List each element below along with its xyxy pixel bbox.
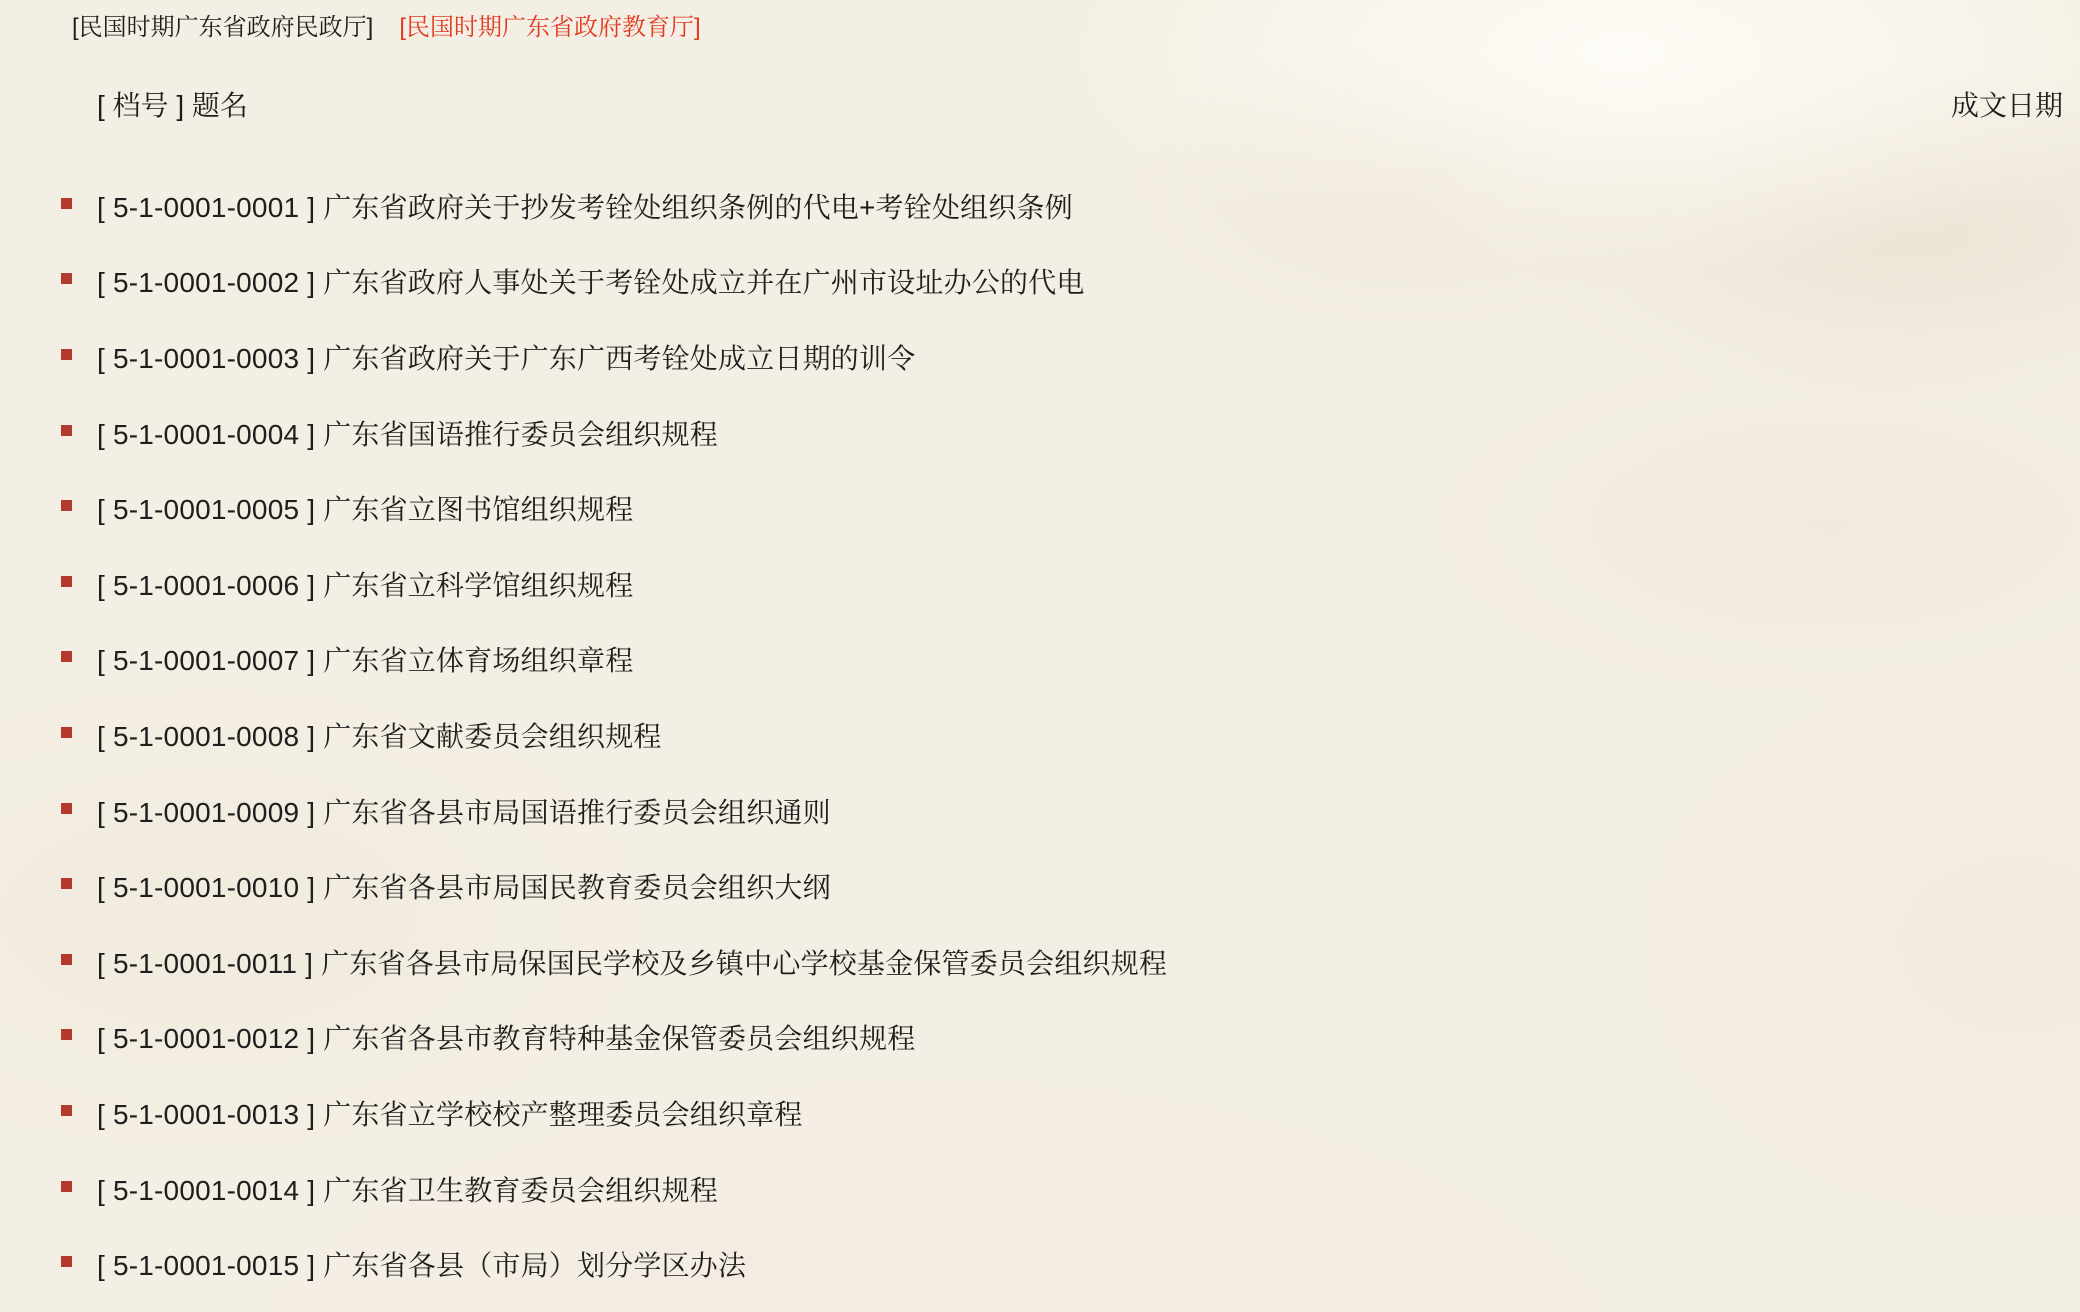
document-link[interactable]: [ 5-1-0001-0008 ] 广东省文献委员会组织规程 — [97, 720, 662, 754]
document-link[interactable]: [ 5-1-0001-0015 ] 广东省各县（市局）划分学区办法 — [97, 1249, 746, 1283]
document-list-item[interactable]: [ 5-1-0001-0007 ] 广东省立体育场组织章程 — [0, 624, 2080, 700]
red-square-bullet-icon — [61, 1181, 72, 1192]
red-square-bullet-icon — [61, 273, 72, 284]
red-square-bullet-icon — [61, 878, 72, 889]
list-header-row: [ 档号 ] 题名 成文日期 — [97, 89, 2063, 123]
document-list-item[interactable]: [ 5-1-0001-0003 ] 广东省政府关于广东广西考铨处成立日期的训令 — [0, 321, 2080, 397]
document-link[interactable]: [ 5-1-0001-0003 ] 广东省政府关于广东广西考铨处成立日期的训令 — [97, 342, 915, 376]
red-square-bullet-icon — [61, 1105, 72, 1116]
document-link[interactable]: [ 5-1-0001-0001 ] 广东省政府关于抄发考铨处组织条例的代电+考铨… — [97, 191, 1073, 225]
red-square-bullet-icon — [61, 576, 72, 587]
red-square-bullet-icon — [61, 954, 72, 965]
document-list-item[interactable]: [ 5-1-0001-0010 ] 广东省各县市局国民教育委员会组织大纲 — [0, 850, 2080, 926]
document-list-item[interactable]: [ 5-1-0001-0011 ] 广东省各县市局保国民学校及乡镇中心学校基金保… — [0, 926, 2080, 1002]
document-list-item[interactable]: [ 5-1-0001-0002 ] 广东省政府人事处关于考铨处成立并在广州市设址… — [0, 246, 2080, 322]
document-link[interactable]: [ 5-1-0001-0004 ] 广东省国语推行委员会组织规程 — [97, 418, 718, 452]
red-square-bullet-icon — [61, 1256, 72, 1267]
red-square-bullet-icon — [61, 349, 72, 360]
document-list-item[interactable]: [ 5-1-0001-0001 ] 广东省政府关于抄发考铨处组织条例的代电+考铨… — [0, 170, 2080, 246]
archive-document-list-page: { "tabs": [ { "label": "[民国时期广东省政府民政厅]",… — [0, 0, 2080, 1312]
red-square-bullet-icon — [61, 425, 72, 436]
document-list-item[interactable]: [ 5-1-0001-0009 ] 广东省各县市局国语推行委员会组织通则 — [0, 775, 2080, 851]
document-list-item[interactable]: [ 5-1-0001-0012 ] 广东省各县市教育特种基金保管委员会组织规程 — [0, 1002, 2080, 1078]
document-list-item[interactable]: [ 5-1-0001-0008 ] 广东省文献委员会组织规程 — [0, 699, 2080, 775]
document-link[interactable]: [ 5-1-0001-0013 ] 广东省立学校校产整理委员会组织章程 — [97, 1098, 803, 1132]
category-tab-bar: [民国时期广东省政府民政厅] [民国时期广东省政府教育厅] — [72, 13, 701, 43]
document-list-item[interactable]: [ 5-1-0001-0014 ] 广东省卫生教育委员会组织规程 — [0, 1153, 2080, 1229]
document-link[interactable]: [ 5-1-0001-0012 ] 广东省各县市教育特种基金保管委员会组织规程 — [97, 1022, 915, 1056]
document-link[interactable]: [ 5-1-0001-0010 ] 广东省各县市局国民教育委员会组织大纲 — [97, 871, 831, 905]
red-square-bullet-icon — [61, 651, 72, 662]
document-link[interactable]: [ 5-1-0001-0014 ] 广东省卫生教育委员会组织规程 — [97, 1174, 718, 1208]
document-link[interactable]: [ 5-1-0001-0011 ] 广东省各县市局保国民学校及乡镇中心学校基金保… — [97, 947, 1167, 981]
document-list: [ 5-1-0001-0001 ] 广东省政府关于抄发考铨处组织条例的代电+考铨… — [0, 170, 2080, 1304]
red-square-bullet-icon — [61, 1029, 72, 1040]
document-list-item[interactable]: [ 5-1-0001-0006 ] 广东省立科学馆组织规程 — [0, 548, 2080, 624]
document-link[interactable]: [ 5-1-0001-0006 ] 广东省立科学馆组织规程 — [97, 569, 633, 603]
document-link[interactable]: [ 5-1-0001-0007 ] 广东省立体育场组织章程 — [97, 644, 633, 678]
red-square-bullet-icon — [61, 803, 72, 814]
red-square-bullet-icon — [61, 198, 72, 209]
tab-minguo-minzhengting[interactable]: [民国时期广东省政府民政厅] — [72, 13, 373, 43]
tab-minguo-jiaoyuting[interactable]: [民国时期广东省政府教育厅] — [399, 13, 700, 43]
document-list-item[interactable]: [ 5-1-0001-0004 ] 广东省国语推行委员会组织规程 — [0, 397, 2080, 473]
red-square-bullet-icon — [61, 727, 72, 738]
column-header-date: 成文日期 — [1951, 89, 2063, 123]
document-list-item[interactable]: [ 5-1-0001-0005 ] 广东省立图书馆组织规程 — [0, 472, 2080, 548]
red-square-bullet-icon — [61, 500, 72, 511]
document-link[interactable]: [ 5-1-0001-0009 ] 广东省各县市局国语推行委员会组织通则 — [97, 796, 831, 830]
document-list-item[interactable]: [ 5-1-0001-0015 ] 广东省各县（市局）划分学区办法 — [0, 1228, 2080, 1304]
column-header-code-and-title: [ 档号 ] 题名 — [97, 89, 248, 123]
document-link[interactable]: [ 5-1-0001-0005 ] 广东省立图书馆组织规程 — [97, 493, 633, 527]
document-list-item[interactable]: [ 5-1-0001-0013 ] 广东省立学校校产整理委员会组织章程 — [0, 1077, 2080, 1153]
document-link[interactable]: [ 5-1-0001-0002 ] 广东省政府人事处关于考铨处成立并在广州市设址… — [97, 266, 1085, 300]
